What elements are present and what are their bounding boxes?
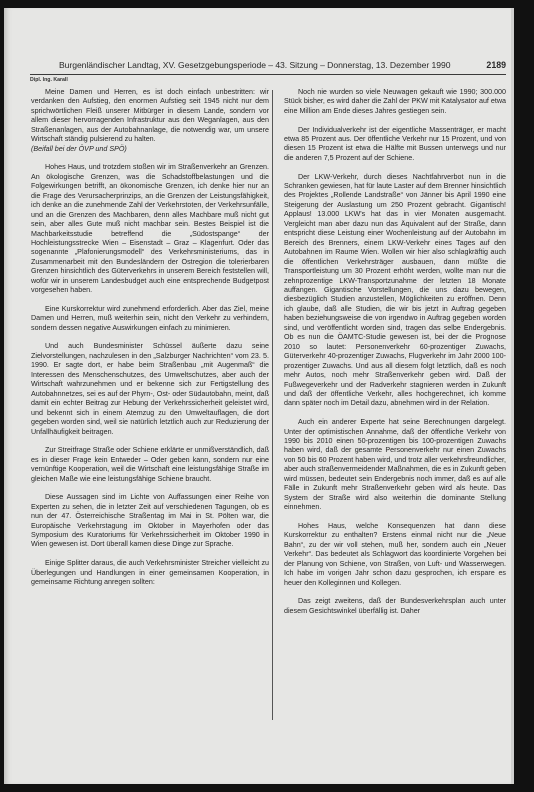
paragraph: Auch ein anderer Experte hat seine Berec… [284, 418, 506, 513]
paragraph: Hohes Haus, und trotzdem stoßen wir im S… [31, 163, 269, 295]
paragraph: Noch nie wurden so viele Neuwagen gekauf… [284, 88, 506, 116]
speaker-name: Dipl. Ing. Karall [30, 77, 68, 83]
paragraph: Der LKW-Verkehr, durch dieses Nachtfahrv… [284, 173, 506, 409]
running-header: Burgenländischer Landtag, XV. Gesetzgebu… [34, 60, 506, 70]
paragraph: Einige Splitter daraus, die auch Verkehr… [31, 559, 269, 587]
header-rule [30, 74, 506, 75]
scanned-page: Burgenländischer Landtag, XV. Gesetzgebu… [4, 8, 514, 784]
paragraph: Diese Aussagen sind im Lichte von Auffas… [31, 493, 269, 550]
left-column: Meine Damen und Herren, es ist doch einf… [31, 88, 269, 597]
paragraph: Der Individualverkehr ist der eigentlich… [284, 126, 506, 164]
paragraph: Zur Streitfrage Straße oder Schiene erkl… [31, 446, 269, 484]
page-number: 2189 [486, 60, 506, 70]
right-column: Noch nie wurden so viele Neuwagen gekauf… [284, 88, 506, 625]
paragraph: Das zeigt zweitens, daß der Bundesverkeh… [284, 597, 506, 616]
applause-note: (Beifall bei der ÖVP und SPÖ) [31, 145, 269, 154]
paragraph: Und auch Bundesminister Schüssel äußerte… [31, 342, 269, 437]
paragraph-text: Meine Damen und Herren, es ist doch einf… [31, 88, 269, 143]
page-edge [511, 8, 514, 784]
paragraph: Meine Damen und Herren, es ist doch einf… [31, 88, 269, 154]
column-divider [272, 90, 273, 720]
header-title: Burgenländischer Landtag, XV. Gesetzgebu… [34, 60, 450, 70]
paragraph: Hohes Haus, welche Konsequenzen hat dann… [284, 522, 506, 588]
paragraph: Eine Kurskorrektur wird zunehmend erford… [31, 305, 269, 333]
